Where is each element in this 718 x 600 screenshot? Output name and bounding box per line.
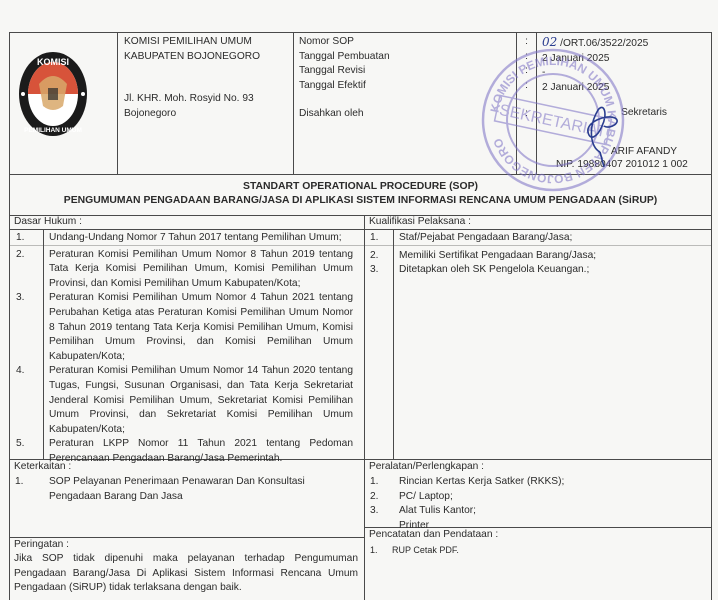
peralatan-list: 1.Rincian Kertas Kerja Satker (RKKS);2.P… xyxy=(364,475,712,533)
separator: : xyxy=(517,50,536,65)
list-item: 1.RUP Cetak PDF. xyxy=(364,543,712,558)
list-item: 1.Undang-Undang Nomor 7 Tahun 2017 tenta… xyxy=(9,231,364,246)
pencatatan-list: 1.RUP Cetak PDF. xyxy=(364,543,712,558)
separator: : xyxy=(517,64,536,79)
dasar-hukum-list: 1.Undang-Undang Nomor 7 Tahun 2017 tenta… xyxy=(9,231,364,467)
meta-label-pembuatan: Tanggal Pembuatan xyxy=(299,50,390,65)
institution-name: KOMISI PEMILIHAN UMUM xyxy=(124,35,260,50)
meta-label-revisi: Tanggal Revisi xyxy=(299,64,390,79)
list-item-number: 1. xyxy=(364,543,392,558)
meta-values: 02 /ORT.06/3522/2025 2 Januari 2025 - 2 … xyxy=(542,35,648,95)
list-item-number: 1. xyxy=(9,475,49,504)
address-block: Jl. KHR. Moh. Rosyid No. 93 Bojonegoro xyxy=(124,92,254,121)
meta-value-revisi: - xyxy=(542,66,648,81)
list-item-number: 2. xyxy=(364,249,399,264)
list-item: 3.Ditetapkan oleh SK Pengelola Keuangan.… xyxy=(364,263,712,278)
institution-regency: KABUPATEN BOJONEGORO xyxy=(124,50,260,65)
logo-top-text: KOMISI xyxy=(37,57,69,67)
list-item-text: Peraturan Komisi Pemilihan Umum Nomor 14… xyxy=(49,364,353,437)
dasar-hukum-heading: Dasar Hukum : xyxy=(14,215,82,230)
kualifikasi-list: 1.Staf/Pejabat Pengadaan Barang/Jasa;2.M… xyxy=(364,231,712,278)
kualifikasi-heading: Kualifikasi Pelaksana : xyxy=(369,215,471,230)
list-item: 2.Memiliki Sertifikat Pengadaan Barang/J… xyxy=(364,249,712,264)
meta-value-efektif: 2 Januari 2025 xyxy=(542,81,648,96)
list-item: 2.Peraturan Komisi Pemilihan Umum Nomor … xyxy=(9,248,364,292)
list-item: 1.Staf/Pejabat Pengadaan Barang/Jasa; xyxy=(364,231,712,246)
title-line-2: PENGUMUMAN PENGADAAN BARANG/JASA DI APLI… xyxy=(9,194,712,208)
meta-value-pembuatan: 2 Januari 2025 xyxy=(542,52,648,67)
list-item-number: 3. xyxy=(364,263,399,278)
meta-separators: : : : : : xyxy=(517,35,536,122)
list-item-text: Peraturan LKPP Nomor 11 Tahun 2021 tenta… xyxy=(49,437,353,466)
approver-nip: NIP. 19880407 201012 1 002 xyxy=(556,158,688,173)
peralatan-heading: Peralatan/Perlengkapan : xyxy=(369,460,484,475)
meta-label-nomor: Nomor SOP xyxy=(299,35,390,50)
list-item-text: RUP Cetak PDF. xyxy=(392,543,692,558)
logo-bottom-text: PEMILIHAN UMUM xyxy=(24,127,82,134)
list-item-text: Peraturan Komisi Pemilihan Umum Nomor 4 … xyxy=(49,291,353,364)
divider xyxy=(9,229,712,230)
list-item-text: Undang-Undang Nomor 7 Tahun 2017 tentang… xyxy=(49,231,353,246)
sop-number: /ORT.06/3522/2025 xyxy=(557,38,648,49)
table-border-top xyxy=(9,32,712,33)
sop-title: STANDART OPERATIONAL PROCEDURE (SOP) PEN… xyxy=(9,180,712,208)
divider xyxy=(9,174,712,175)
list-item-number: 1. xyxy=(364,231,399,246)
list-item: 3.Peraturan Komisi Pemilihan Umum Nomor … xyxy=(9,291,364,364)
list-item: 3.Alat Tulis Kantor; xyxy=(364,504,712,519)
pencatatan-heading: Pencatatan dan Pendataan : xyxy=(369,528,498,543)
separator: : xyxy=(517,107,536,122)
separator: : xyxy=(517,35,536,50)
list-item-number: 1. xyxy=(9,231,49,246)
institution-block: KOMISI PEMILIHAN UMUM KABUPATEN BOJONEGO… xyxy=(124,35,260,64)
address-city: Bojonegoro xyxy=(124,107,254,122)
separator: : xyxy=(517,79,536,94)
approver-position: Sekretaris xyxy=(537,106,711,121)
list-item: 4.Peraturan Komisi Pemilihan Umum Nomor … xyxy=(9,364,364,437)
keterkaitan-list: 1.SOP Pelayanan Penerimaan Penawaran Dan… xyxy=(9,475,364,504)
list-item-number: 3. xyxy=(9,291,49,364)
kpu-logo-icon: KOMISI PEMILIHAN UMUM xyxy=(17,50,89,138)
handwritten-number: 02 xyxy=(542,35,557,49)
list-item-text: Ditetapkan oleh SK Pengelola Keuangan.; xyxy=(399,263,699,278)
list-item-text: Staf/Pejabat Pengadaan Barang/Jasa; xyxy=(399,231,699,246)
peringatan-heading: Peringatan : xyxy=(14,538,69,553)
list-item-number: 4. xyxy=(9,364,49,437)
divider xyxy=(117,32,118,174)
meta-labels: Nomor SOP Tanggal Pembuatan Tanggal Revi… xyxy=(299,35,390,122)
keterkaitan-heading: Keterkaitan : xyxy=(14,460,71,475)
list-item-text: Rincian Kertas Kerja Satker (RKKS); xyxy=(399,475,699,490)
peringatan-text: Jika SOP tidak dipenuhi maka pelayanan t… xyxy=(14,552,358,596)
list-item-text: Memiliki Sertifikat Pengadaan Barang/Jas… xyxy=(399,249,699,264)
list-item-number: 1. xyxy=(364,475,399,490)
list-item-number: 2. xyxy=(9,248,49,292)
list-item-text: Peraturan Komisi Pemilihan Umum Nomor 8 … xyxy=(49,248,353,292)
address-street: Jl. KHR. Moh. Rosyid No. 93 xyxy=(124,92,254,107)
list-item-text: PC/ Laptop; xyxy=(399,490,699,505)
meta-label-disahkan: Disahkan oleh xyxy=(299,107,390,122)
list-item: 1.Rincian Kertas Kerja Satker (RKKS); xyxy=(364,475,712,490)
list-item-number: 3. xyxy=(364,504,399,519)
title-line-1: STANDART OPERATIONAL PROCEDURE (SOP) xyxy=(9,180,712,194)
list-item-text: SOP Pelayanan Penerimaan Penawaran Dan K… xyxy=(49,475,339,504)
list-item: 2.PC/ Laptop; xyxy=(364,490,712,505)
list-item: 1.SOP Pelayanan Penerimaan Penawaran Dan… xyxy=(9,475,364,504)
list-item-number: 2. xyxy=(364,490,399,505)
meta-label-efektif: Tanggal Efektif xyxy=(299,79,390,94)
divider xyxy=(9,215,712,216)
divider xyxy=(293,32,294,174)
meta-value-nomor: 02 /ORT.06/3522/2025 xyxy=(542,35,648,52)
list-item-text: Alat Tulis Kantor; xyxy=(399,504,699,519)
